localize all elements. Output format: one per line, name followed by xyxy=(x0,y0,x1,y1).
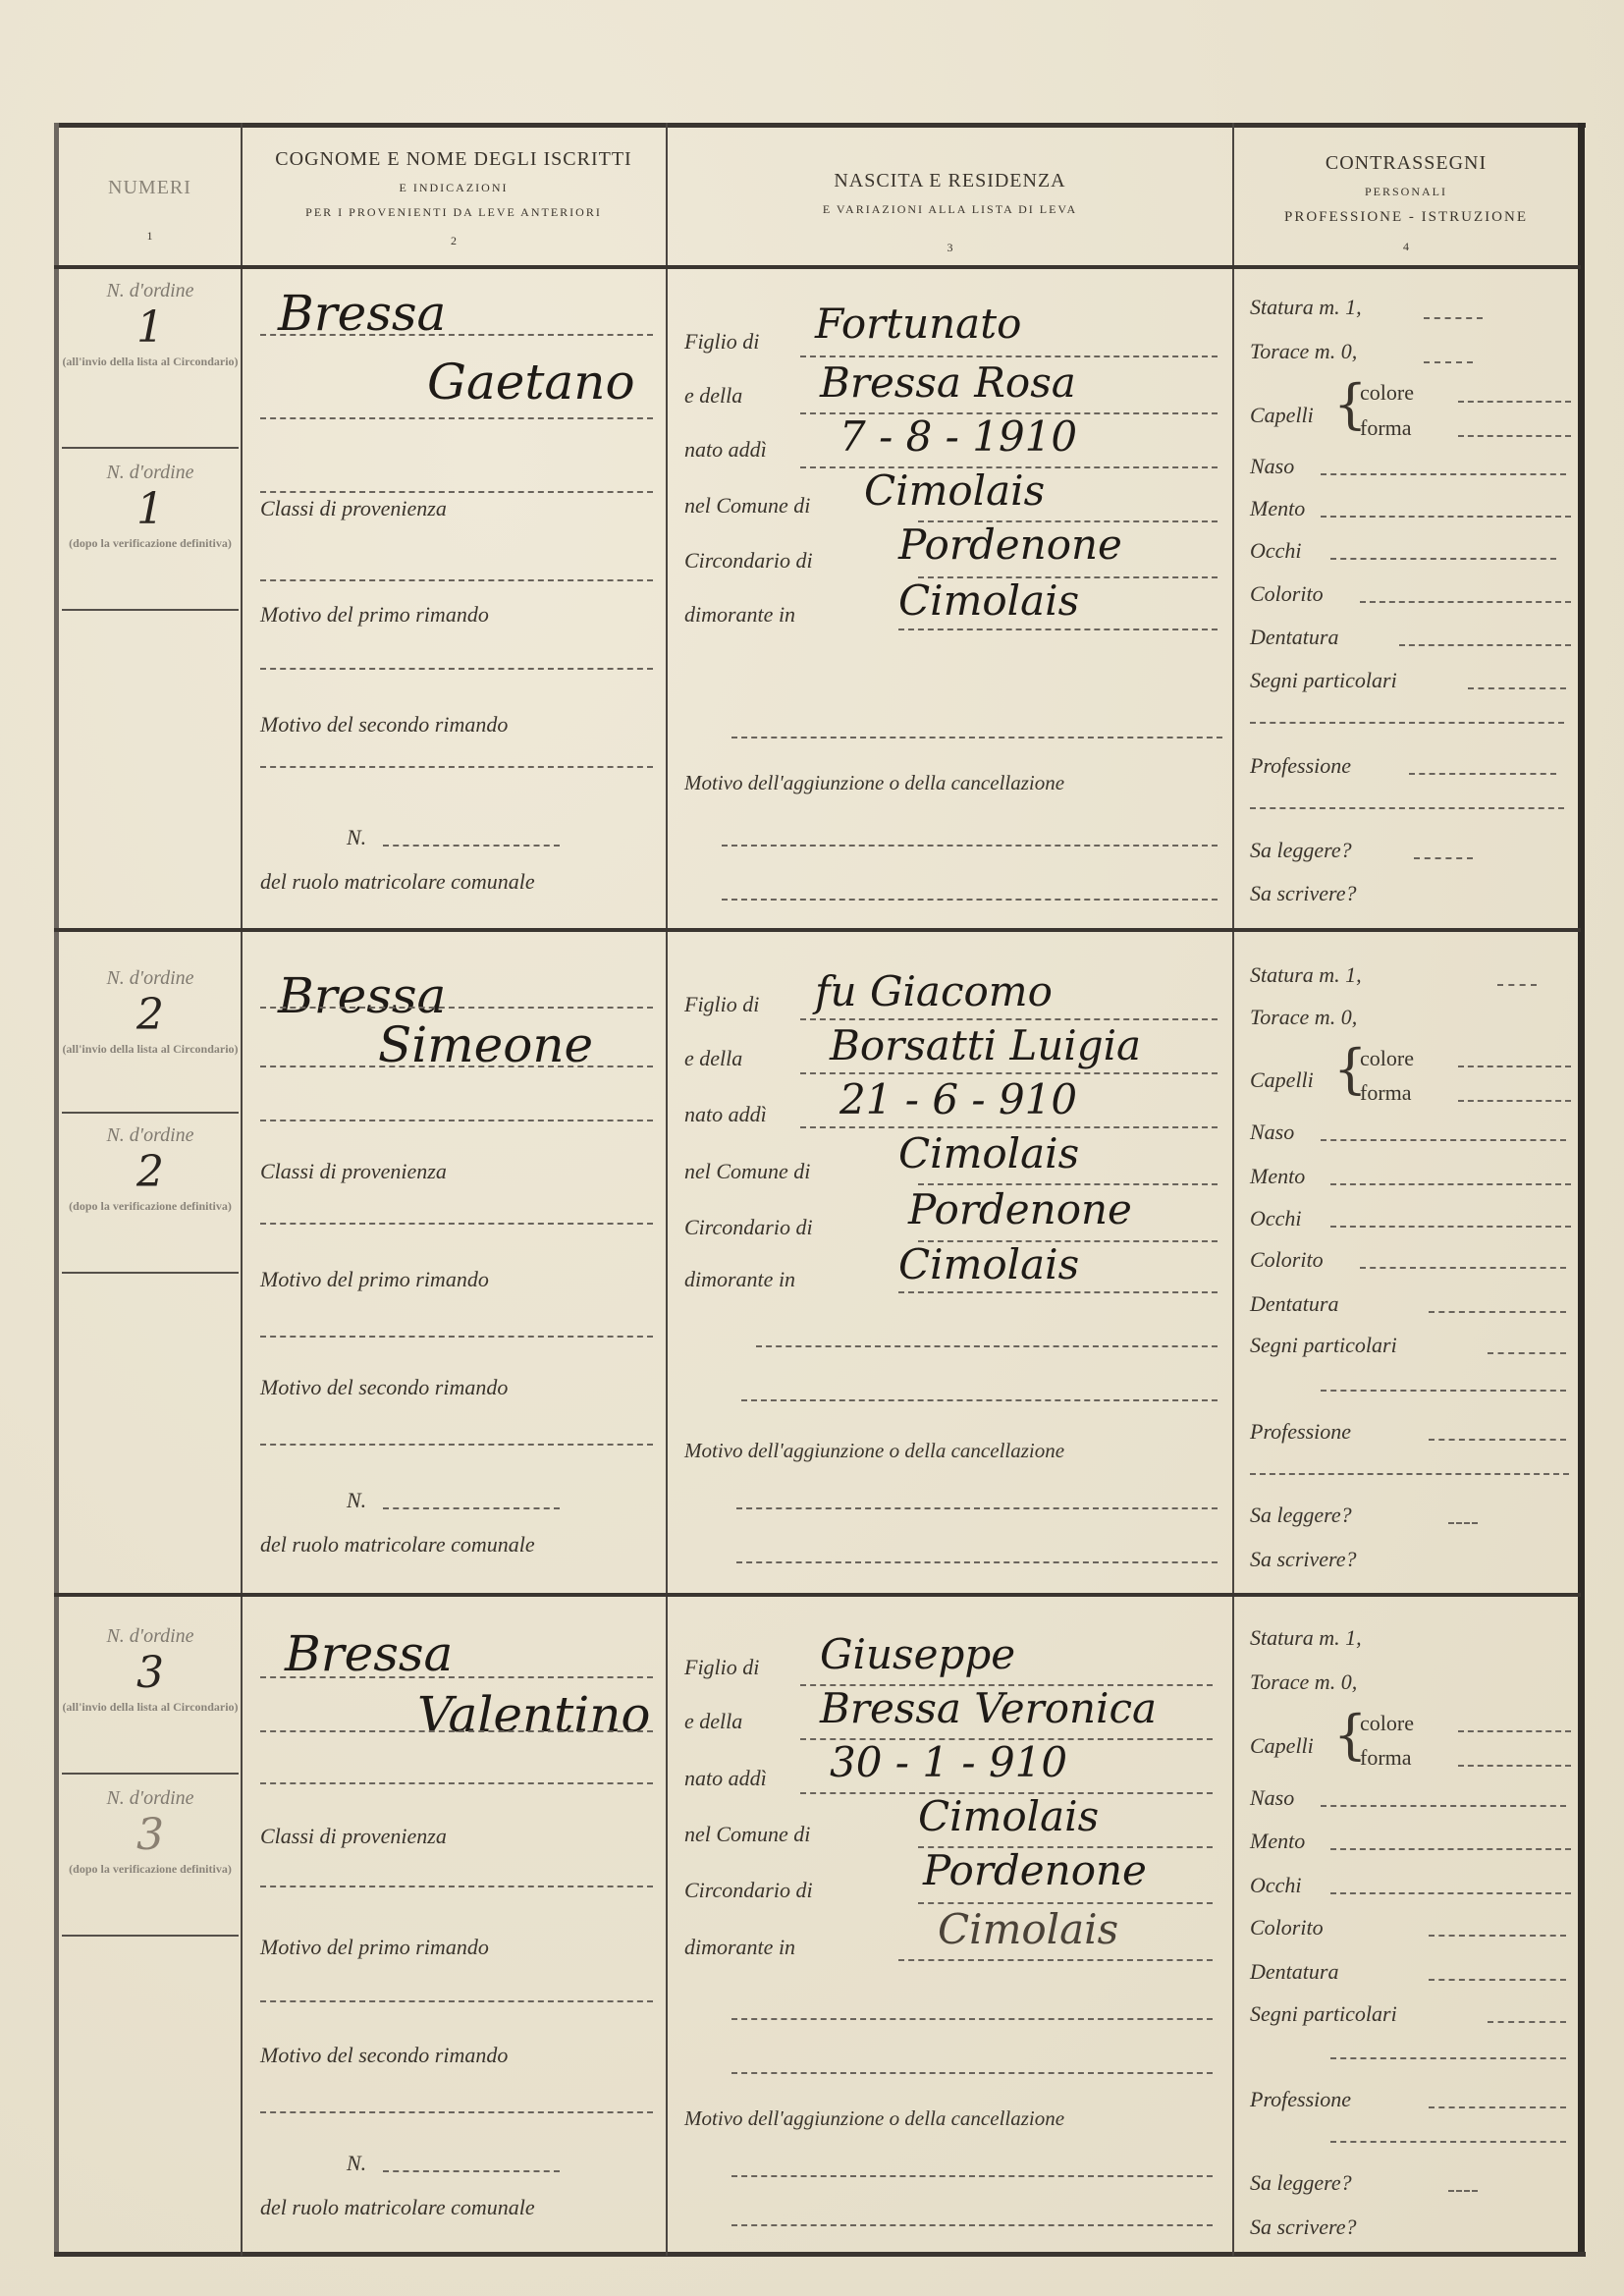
sa-scrivere-label: Sa scrivere? xyxy=(1250,881,1357,906)
dotted-line xyxy=(260,766,653,768)
statura-label: Statura m. 1, xyxy=(1250,295,1362,320)
figlio-label: Figlio di xyxy=(684,1655,759,1680)
dotted-line xyxy=(1429,1935,1566,1937)
mother-name: Bressa Rosa xyxy=(820,358,1076,407)
dotted-line xyxy=(756,1345,1218,1347)
birth-comune: Cimolais xyxy=(898,1129,1079,1177)
circondario-label: Circondario di xyxy=(684,1215,813,1240)
record-divider xyxy=(54,928,1581,932)
header-numeri-num: 1 xyxy=(59,229,241,244)
dotted-line xyxy=(1330,1183,1571,1185)
colore-label: colore xyxy=(1360,1711,1414,1736)
circondario-label: Circondario di xyxy=(684,1878,813,1903)
secondo-rimando-label: Motivo del secondo rimando xyxy=(260,1375,508,1400)
segni-label: Segni particolari xyxy=(1250,668,1397,693)
dotted-line xyxy=(1330,2057,1566,2059)
dotted-line xyxy=(260,1120,653,1121)
colorito-label: Colorito xyxy=(1250,1247,1324,1273)
ordine-divider xyxy=(62,1272,239,1274)
dotted-line xyxy=(260,334,653,336)
colore-label: colore xyxy=(1360,380,1414,406)
colore-label: colore xyxy=(1360,1046,1414,1071)
circondario-label: Circondario di xyxy=(684,548,813,574)
ruolo-n-label: N. xyxy=(347,1488,366,1513)
ordine-label: N. d'ordine xyxy=(62,1787,239,1810)
secondo-rimando-label: Motivo del secondo rimando xyxy=(260,712,508,738)
dotted-line xyxy=(1250,722,1564,724)
frame-bottom-border xyxy=(54,2252,1586,2257)
father-name: Fortunato xyxy=(815,300,1021,348)
professione-label: Professione xyxy=(1250,1419,1351,1445)
frame-right-border xyxy=(1578,123,1585,2256)
dotted-line xyxy=(1448,2190,1478,2192)
dotted-line xyxy=(1429,1439,1566,1441)
dotted-line xyxy=(1458,1066,1571,1067)
motivo-aggiunzione-label: Motivo dell'aggiunzione o della cancella… xyxy=(684,771,1064,795)
circondario-value: Pordenone xyxy=(923,1846,1147,1894)
torace-label: Torace m. 0, xyxy=(1250,1669,1357,1695)
residence: Cimolais xyxy=(898,1240,1079,1288)
dotted-line xyxy=(383,845,560,847)
colorito-label: Colorito xyxy=(1250,1915,1324,1941)
ordine-number: 1 xyxy=(62,484,239,535)
dotted-line xyxy=(800,1018,1218,1020)
circondario-value: Pordenone xyxy=(908,1185,1132,1233)
nato-label: nato addì xyxy=(684,1766,767,1791)
header-bottom-rule xyxy=(54,265,1581,269)
ordine-label: N. d'ordine xyxy=(62,1124,239,1147)
dotted-line xyxy=(731,2175,1213,2177)
dotted-line xyxy=(722,845,1218,847)
dotted-line xyxy=(800,1126,1218,1128)
statura-label: Statura m. 1, xyxy=(1250,962,1362,988)
statura-label: Statura m. 1, xyxy=(1250,1625,1362,1651)
header-cognome-num: 2 xyxy=(243,234,665,248)
ordine-invio-3: N. d'ordine 3 (all'invio della lista al … xyxy=(62,1625,239,1715)
dotted-line xyxy=(1250,807,1564,809)
header-contrassegni-title: CONTRASSEGNI xyxy=(1234,152,1578,175)
dotted-line xyxy=(260,491,653,493)
classi-label: Classi di provenienza xyxy=(260,496,447,521)
ordine-divider xyxy=(62,1112,239,1114)
header-cognome-sub1: E INDICAZIONI xyxy=(243,181,665,195)
classi-label: Classi di provenienza xyxy=(260,1824,447,1849)
sa-scrivere-label: Sa scrivere? xyxy=(1250,1547,1357,1572)
mother-name: Bressa Veronica xyxy=(820,1684,1157,1732)
ruolo-label: del ruolo matricolare comunale xyxy=(260,2195,535,2220)
della-label: e della xyxy=(684,1046,742,1071)
dotted-line xyxy=(722,899,1218,901)
naso-label: Naso xyxy=(1250,1785,1294,1811)
motivo-aggiunzione-label: Motivo dell'aggiunzione o della cancella… xyxy=(684,1439,1064,1463)
forma-label: forma xyxy=(1360,1745,1412,1771)
dotted-line xyxy=(1321,1805,1566,1807)
ordine-divider xyxy=(62,1935,239,1937)
dotted-line xyxy=(1399,644,1571,646)
dotted-line xyxy=(1414,857,1473,859)
dotted-line xyxy=(1250,1473,1569,1475)
header-contrassegni-num: 4 xyxy=(1234,240,1578,254)
classi-label: Classi di provenienza xyxy=(260,1159,447,1184)
given-name: Valentino xyxy=(417,1686,651,1743)
dotted-line xyxy=(1448,1522,1478,1524)
header-nascita-num: 3 xyxy=(668,241,1232,255)
dimorante-label: dimorante in xyxy=(684,1935,795,1960)
header-numeri-title: NUMERI xyxy=(59,177,241,199)
della-label: e della xyxy=(684,383,742,409)
primo-rimando-label: Motivo del primo rimando xyxy=(260,1267,489,1292)
occhi-label: Occhi xyxy=(1250,538,1302,564)
ordine-label: N. d'ordine xyxy=(62,1625,239,1648)
occhi-label: Occhi xyxy=(1250,1873,1302,1898)
dotted-line xyxy=(260,1782,653,1784)
birth-comune: Cimolais xyxy=(918,1792,1099,1840)
dotted-line xyxy=(741,1399,1218,1401)
mento-label: Mento xyxy=(1250,496,1305,521)
dotted-line xyxy=(736,1507,1218,1509)
dotted-line xyxy=(731,2018,1213,2020)
dotted-line xyxy=(260,1730,653,1732)
dotted-line xyxy=(260,579,653,581)
residence: Cimolais xyxy=(898,576,1079,625)
header-contrassegni: CONTRASSEGNI PERSONALI PROFESSIONE - IST… xyxy=(1234,152,1578,254)
birth-date: 21 - 6 - 910 xyxy=(839,1075,1077,1123)
mento-label: Mento xyxy=(1250,1829,1305,1854)
ordine-number: 2 xyxy=(62,990,239,1041)
header-contrassegni-sub1: PERSONALI xyxy=(1234,185,1578,199)
header-nascita-title: NASCITA E RESIDENZA xyxy=(668,170,1232,192)
dotted-line xyxy=(260,2000,653,2002)
dotted-line xyxy=(1330,1848,1571,1850)
residence: Cimolais xyxy=(938,1905,1118,1953)
dotted-line xyxy=(731,737,1222,738)
della-label: e della xyxy=(684,1709,742,1734)
segni-label: Segni particolari xyxy=(1250,2001,1397,2027)
dotted-line xyxy=(1330,1892,1571,1894)
dotted-line xyxy=(800,1072,1218,1074)
dentatura-label: Dentatura xyxy=(1250,625,1338,650)
dotted-line xyxy=(1488,2021,1566,2023)
ordine-number: 1 xyxy=(62,302,239,354)
dotted-line xyxy=(260,668,653,670)
dotted-line xyxy=(1330,558,1556,560)
dotted-line xyxy=(260,1007,653,1009)
mother-name: Borsatti Luigia xyxy=(830,1021,1141,1069)
father-name: Giuseppe xyxy=(820,1630,1015,1678)
comune-label: nel Comune di xyxy=(684,1159,810,1184)
dotted-line xyxy=(898,629,1218,630)
dotted-line xyxy=(1429,2106,1566,2108)
ordine-note: (all'invio della lista al Circondario) xyxy=(62,1041,239,1057)
ordine-verifica-1: N. d'ordine 1 (dopo la verificazione def… xyxy=(62,462,239,551)
secondo-rimando-label: Motivo del secondo rimando xyxy=(260,2043,508,2068)
dotted-line xyxy=(260,1066,653,1067)
ordine-number: 3 xyxy=(62,1810,239,1861)
dotted-line xyxy=(260,1223,653,1225)
circondario-value: Pordenone xyxy=(898,520,1122,569)
figlio-label: Figlio di xyxy=(684,329,759,355)
conscription-register-page: NUMERI 1 COGNOME E NOME DEGLI ISCRITTI E… xyxy=(54,123,1586,2256)
professione-label: Professione xyxy=(1250,2087,1351,2112)
dimorante-label: dimorante in xyxy=(684,602,795,628)
capelli-label: Capelli xyxy=(1250,403,1314,428)
dotted-line xyxy=(1488,1352,1566,1354)
header-contrassegni-sub2: PROFESSIONE - ISTRUZIONE xyxy=(1234,209,1578,226)
given-name: Gaetano xyxy=(427,354,635,410)
dotted-line xyxy=(260,1886,653,1887)
header-cognome: COGNOME E NOME DEGLI ISCRITTI E INDICAZI… xyxy=(243,148,665,248)
ordine-number: 2 xyxy=(62,1147,239,1198)
professione-label: Professione xyxy=(1250,753,1351,779)
motivo-aggiunzione-label: Motivo dell'aggiunzione o della cancella… xyxy=(684,2106,1064,2131)
naso-label: Naso xyxy=(1250,1120,1294,1145)
dotted-line xyxy=(1458,1100,1571,1102)
capelli-label: Capelli xyxy=(1250,1067,1314,1093)
dotted-line xyxy=(898,1291,1218,1293)
sa-leggere-label: Sa leggere? xyxy=(1250,2170,1352,2196)
dotted-line xyxy=(1429,1979,1566,1981)
naso-label: Naso xyxy=(1250,454,1294,479)
dotted-line xyxy=(1458,1730,1571,1732)
colorito-label: Colorito xyxy=(1250,581,1324,607)
header-numeri: NUMERI 1 xyxy=(59,177,241,244)
torace-label: Torace m. 0, xyxy=(1250,1005,1357,1030)
ordine-note: (dopo la verificazione definitiva) xyxy=(62,535,239,551)
header-cognome-title: COGNOME E NOME DEGLI ISCRITTI xyxy=(243,148,665,171)
ruolo-n-label: N. xyxy=(347,825,366,850)
dotted-line xyxy=(731,2072,1213,2074)
occhi-label: Occhi xyxy=(1250,1206,1302,1231)
dimorante-label: dimorante in xyxy=(684,1267,795,1292)
dotted-line xyxy=(918,1902,1213,1904)
dotted-line xyxy=(736,1561,1218,1563)
ordine-invio-1: N. d'ordine 1 (all'invio della lista al … xyxy=(62,280,239,369)
frame-top-border xyxy=(54,123,1586,128)
ordine-number: 3 xyxy=(62,1648,239,1699)
frame-left-border xyxy=(54,123,59,2256)
dotted-line xyxy=(1330,2141,1566,2143)
dentatura-label: Dentatura xyxy=(1250,1291,1338,1317)
column-divider-1 xyxy=(241,123,243,2256)
dotted-line xyxy=(1321,1390,1566,1392)
ruolo-label: del ruolo matricolare comunale xyxy=(260,869,535,895)
column-divider-3 xyxy=(1232,123,1234,2256)
dotted-line xyxy=(260,417,653,419)
dotted-line xyxy=(1458,1765,1571,1767)
capelli-label: Capelli xyxy=(1250,1733,1314,1759)
birth-date: 7 - 8 - 1910 xyxy=(839,412,1077,461)
nato-label: nato addì xyxy=(684,1102,767,1127)
nato-label: nato addì xyxy=(684,437,767,463)
ordine-note: (dopo la verificazione definitiva) xyxy=(62,1861,239,1877)
dotted-line xyxy=(1360,601,1571,603)
dotted-line xyxy=(1458,401,1571,403)
forma-label: forma xyxy=(1360,1080,1412,1106)
dotted-line xyxy=(1424,317,1483,319)
dotted-line xyxy=(1330,1226,1571,1228)
dotted-line xyxy=(260,1336,653,1338)
dotted-line xyxy=(1409,773,1556,775)
dotted-line xyxy=(800,355,1218,357)
torace-label: Torace m. 0, xyxy=(1250,339,1357,364)
dotted-line xyxy=(1321,516,1571,518)
sa-leggere-label: Sa leggere? xyxy=(1250,838,1352,863)
header-nascita: NASCITA E RESIDENZA E VARIAZIONI ALLA LI… xyxy=(668,170,1232,255)
comune-label: nel Comune di xyxy=(684,493,810,519)
comune-label: nel Comune di xyxy=(684,1822,810,1847)
dotted-line xyxy=(260,1676,653,1678)
dotted-line xyxy=(898,1959,1213,1961)
ordine-verifica-2: N. d'ordine 2 (dopo la verificazione def… xyxy=(62,1124,239,1214)
ordine-note: (dopo la verificazione definitiva) xyxy=(62,1198,239,1214)
ordine-label: N. d'ordine xyxy=(62,462,239,484)
ordine-verifica-3: N. d'ordine 3 (dopo la verificazione def… xyxy=(62,1787,239,1877)
mento-label: Mento xyxy=(1250,1164,1305,1189)
dotted-line xyxy=(383,2170,560,2172)
surname: Bressa xyxy=(285,1625,453,1682)
dotted-line xyxy=(1360,1267,1566,1269)
ordine-label: N. d'ordine xyxy=(62,967,239,990)
dotted-line xyxy=(731,2224,1213,2226)
dotted-line xyxy=(383,1507,560,1509)
ruolo-n-label: N. xyxy=(347,2151,366,2176)
dotted-line xyxy=(1429,1311,1566,1313)
ordine-divider xyxy=(62,447,239,449)
ordine-label: N. d'ordine xyxy=(62,280,239,302)
dotted-line xyxy=(1497,984,1537,986)
ordine-note: (all'invio della lista al Circondario) xyxy=(62,1699,239,1715)
header-cognome-sub2: PER I PROVENIENTI DA LEVE ANTERIORI xyxy=(243,205,665,220)
ordine-divider xyxy=(62,1773,239,1775)
sa-scrivere-label: Sa scrivere? xyxy=(1250,2214,1357,2240)
dotted-line xyxy=(1468,687,1566,689)
dotted-line xyxy=(1424,361,1473,363)
primo-rimando-label: Motivo del primo rimando xyxy=(260,602,489,628)
dotted-line xyxy=(260,2111,653,2113)
dotted-line xyxy=(1321,1139,1566,1141)
column-divider-2 xyxy=(666,123,668,2256)
segni-label: Segni particolari xyxy=(1250,1333,1397,1358)
dotted-line xyxy=(1458,435,1571,437)
birth-date: 30 - 1 - 910 xyxy=(830,1738,1067,1786)
record-divider xyxy=(54,1593,1581,1597)
dentatura-label: Dentatura xyxy=(1250,1959,1338,1985)
ordine-note: (all'invio della lista al Circondario) xyxy=(62,354,239,369)
figlio-label: Figlio di xyxy=(684,992,759,1017)
ruolo-label: del ruolo matricolare comunale xyxy=(260,1532,535,1558)
birth-comune: Cimolais xyxy=(864,466,1045,515)
ordine-divider xyxy=(62,609,239,611)
father-name: fu Giacomo xyxy=(815,967,1053,1015)
dotted-line xyxy=(1321,473,1566,475)
sa-leggere-label: Sa leggere? xyxy=(1250,1503,1352,1528)
ordine-invio-2: N. d'ordine 2 (all'invio della lista al … xyxy=(62,967,239,1057)
primo-rimando-label: Motivo del primo rimando xyxy=(260,1935,489,1960)
forma-label: forma xyxy=(1360,415,1412,441)
header-nascita-sub1: E VARIAZIONI ALLA LISTA DI LEVA xyxy=(668,202,1232,217)
dotted-line xyxy=(260,1444,653,1446)
